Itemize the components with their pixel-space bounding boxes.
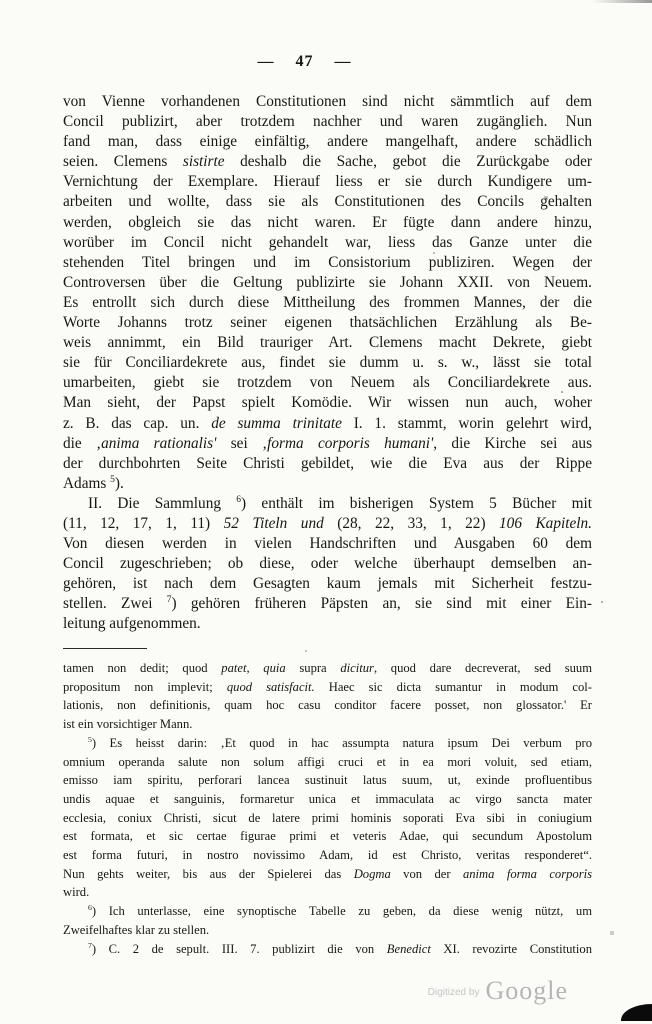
text-segment: gehören, ist nach dem Gesagten kaum jema…	[63, 575, 592, 592]
text-segment: arbeiten und wollte, dass sie als Consti…	[63, 193, 592, 210]
text-segment: ) gehören früheren Päpsten an, sie sind …	[172, 595, 592, 612]
text-line: fand man, dass einige einfältig, andere …	[63, 132, 592, 152]
footnote-paragraph: 5) Es heisst darin: ‚Et quod in hac assu…	[63, 734, 592, 902]
text-line: Concil zugeschrieben; ob diese, oder wel…	[63, 554, 592, 574]
text-segment: ) enthält im bisherigen System 5 Bücher …	[241, 495, 592, 512]
text-line: worüber im Concil nicht gehandelt war, l…	[63, 233, 592, 253]
text-segment: Controversen über die Geltung publizirte…	[63, 274, 592, 291]
text-segment: der durchbohrten Seite Christi gebildet,…	[63, 455, 592, 472]
text-segment: z. B. das cap. un.	[63, 415, 211, 432]
text-segment: est forma futuri, in nostro novissimo Ad…	[63, 848, 592, 862]
text-segment: patet	[221, 661, 246, 675]
text-segment: werden, obgleich sie das nicht waren. Er…	[63, 214, 592, 231]
text-segment: ‚forma corporis humani'	[262, 435, 433, 452]
text-segment: ecclesia, coniux Christi, sicut de later…	[63, 811, 592, 825]
text-segment: ist ein vorsichtiger Mann.	[63, 717, 192, 731]
text-segment: deshalb die Sache, gebot die Zurückgabe …	[225, 153, 592, 170]
text-segment: (11, 12, 17, 1, 11)	[63, 515, 224, 532]
text-line: Worte Johanns trotz seiner eigenen thats…	[63, 313, 592, 333]
text-line: stehenden Titel bringen und im Consistor…	[63, 253, 592, 273]
text-line: umarbeiten, giebt sie trotzdem von Neuem…	[63, 373, 592, 393]
text-line: seien. Clemens sistirte deshalb die Sach…	[63, 152, 592, 172]
text-line: Controversen über die Geltung publizirte…	[63, 273, 592, 293]
text-line: die ‚anima rationalis' sei ‚forma corpor…	[63, 434, 592, 454]
text-line: lationis, non definitionis, quam hoc cas…	[63, 696, 592, 715]
text-segment: sei	[216, 435, 262, 452]
text-segment: die	[63, 435, 96, 452]
text-segment: ‚anima rationalis'	[96, 435, 216, 452]
body-paragraph: II. Die Sammlung 6) enthält im bisherige…	[63, 494, 592, 635]
text-segment: ) Es heisst darin: ‚Et quod in hac assum…	[92, 736, 592, 750]
text-segment: propositum non implevit;	[63, 680, 227, 694]
text-segment: stehenden Titel bringen und im Consistor…	[63, 254, 592, 271]
text-segment: I. 1. stammt, worin gelehrt wird,	[342, 415, 592, 432]
scan-noise-specks	[0, 0, 2, 2]
text-segment: Worte Johanns trotz seiner eigenen thats…	[63, 314, 592, 331]
text-segment: emisso iam spiritu, perforari lancea sus…	[63, 773, 592, 787]
text-segment: supra	[286, 661, 341, 675]
text-segment: Adams	[63, 475, 110, 492]
footnote-separator-rule	[63, 648, 147, 649]
text-segment: von Vienne vorhandenen Constitutionen si…	[63, 93, 592, 110]
text-segment: von der	[391, 867, 463, 881]
text-segment: ).	[115, 475, 124, 492]
text-segment: II. Die Sammlung	[88, 495, 236, 512]
text-line: stellen. Zwei 7) gehören früheren Päpste…	[63, 594, 592, 614]
text-segment: weis annimmt, ein Bild trauriger Art. Cl…	[63, 334, 592, 351]
text-segment: Concil zugeschrieben; ob diese, oder wel…	[63, 555, 592, 572]
footnote-paragraph: 7) C. 2 de sepult. III. 7. publizirt die…	[63, 940, 592, 959]
text-segment: , die Kirche sei aus	[433, 435, 592, 452]
text-line: der durchbohrten Seite Christi gebildet,…	[63, 454, 592, 474]
text-line: est formata, et sic certae figurae primi…	[63, 827, 592, 846]
text-segment: XI. revozirte Constitution	[431, 942, 592, 956]
footnote-paragraph: 6) Ich unterlasse, eine synoptische Tabe…	[63, 902, 592, 939]
text-segment: umarbeiten, giebt sie trotzdem von Neuem…	[63, 374, 592, 391]
main-text-block: von Vienne vorhandenen Constitutionen si…	[63, 92, 592, 635]
text-line: Man sieht, der Papst spielt Komödie. Wir…	[63, 393, 592, 413]
footnote-paragraph: tamen non dedit; quod patet, quia supra …	[63, 659, 592, 734]
text-line: emisso iam spiritu, perforari lancea sus…	[63, 771, 592, 790]
text-line: undis aquae et sanguinis, formaretur uni…	[63, 790, 592, 809]
text-segment: fand man, dass einige einfältig, andere …	[63, 133, 592, 150]
text-segment: ) C. 2 de sepult. III. 7. publizirt die …	[92, 942, 387, 956]
text-line: Nun gehts weiter, bis aus der Spielerei …	[63, 865, 592, 884]
text-segment: Nun gehts weiter, bis aus der Spielerei …	[63, 867, 354, 881]
text-line: ecclesia, coniux Christi, sicut de later…	[63, 809, 592, 828]
scan-corner-artifact	[621, 1004, 652, 1021]
text-segment: omnium operanda salute non solum affigi …	[63, 755, 592, 769]
text-segment: stellen. Zwei	[63, 595, 167, 612]
text-line: propositum non implevit; quod satisfacit…	[63, 678, 592, 697]
text-segment: Benedict	[387, 942, 431, 956]
text-segment: quod satisfacit.	[227, 680, 315, 694]
text-line: 7) C. 2 de sepult. III. 7. publizirt die…	[63, 940, 592, 959]
text-segment: Vernichtung der Exemplare. Hierauf liess…	[63, 173, 592, 190]
text-line: z. B. das cap. un. de summa trinitate I.…	[63, 414, 592, 434]
text-line: est forma futuri, in nostro novissimo Ad…	[63, 846, 592, 865]
text-segment: undis aquae et sanguinis, formaretur uni…	[63, 792, 592, 806]
text-line: weis annimmt, ein Bild trauriger Art. Cl…	[63, 333, 592, 353]
text-segment: sistirte	[183, 153, 225, 170]
text-line: Adams 5).	[63, 474, 592, 494]
scanned-book-page: — 47 — von Vienne vorhandenen Constituti…	[0, 0, 652, 1024]
text-segment: ) Ich unterlasse, eine synoptische Tabel…	[92, 904, 592, 918]
text-segment: est formata, et sic certae figurae primi…	[63, 829, 592, 843]
text-line: tamen non dedit; quod patet, quia supra …	[63, 659, 592, 678]
text-segment: wird.	[63, 885, 89, 899]
page-number: — 47 —	[40, 53, 569, 71]
text-segment: anima forma corporis	[463, 867, 592, 881]
text-segment: ,	[246, 661, 263, 675]
text-segment: Dogma	[354, 867, 391, 881]
text-segment: 52 Titeln und	[224, 515, 324, 532]
watermark-brand-logo: Google	[485, 976, 568, 1005]
text-line: arbeiten und wollte, dass sie als Consti…	[63, 192, 592, 212]
digitization-watermark: Digitized byGoogle	[428, 976, 568, 1006]
text-segment: (28, 22, 33, 1, 22)	[324, 515, 499, 532]
text-segment: Man sieht, der Papst spielt Komödie. Wir…	[63, 394, 592, 411]
footnotes-block: tamen non dedit; quod patet, quia supra …	[63, 659, 592, 958]
text-line: leitung aufgenommen.	[63, 614, 592, 634]
text-line: 6) Ich unterlasse, eine synoptische Tabe…	[63, 902, 592, 921]
scan-edge-smudge	[592, 0, 652, 3]
text-segment: seien. Clemens	[63, 153, 183, 170]
text-segment: quia	[263, 661, 285, 675]
text-segment: leitung aufgenommen.	[63, 615, 201, 632]
text-line: sie für Conciliardekrete aus, findet sie…	[63, 353, 592, 373]
text-line: ist ein vorsichtiger Mann.	[63, 715, 592, 734]
text-segment: worüber im Concil nicht gehandelt war, l…	[63, 234, 592, 251]
watermark-prefix: Digitized by	[428, 987, 480, 998]
text-line: gehören, ist nach dem Gesagten kaum jema…	[63, 574, 592, 594]
text-segment: de summa trinitate	[211, 415, 342, 432]
text-segment: 106 Kapiteln.	[499, 515, 592, 532]
text-line: Es entrollt sich durch diese Mittheilung…	[63, 293, 592, 313]
text-segment: , quod dare decreverat, sed suum	[374, 661, 592, 675]
text-segment: Haec sic dicta sumantur in modum col-	[315, 680, 592, 694]
text-segment: Zweifelhaftes klar zu stellen.	[63, 923, 209, 937]
text-segment: tamen non dedit; quod	[63, 661, 221, 675]
text-segment: sie für Conciliardekrete aus, findet sie…	[63, 354, 592, 371]
text-line: wird.	[63, 883, 592, 902]
text-segment: Concil publizirt, aber trotzdem nachher …	[63, 113, 592, 130]
text-line: II. Die Sammlung 6) enthält im bisherige…	[63, 494, 592, 514]
text-line: Concil publizirt, aber trotzdem nachher …	[63, 112, 592, 132]
text-line: (11, 12, 17, 1, 11) 52 Titeln und (28, 2…	[63, 514, 592, 534]
text-segment: Von diesen werden in vielen Handschrifte…	[63, 535, 592, 552]
text-segment: Es entrollt sich durch diese Mittheilung…	[63, 294, 592, 311]
text-line: omnium operanda salute non solum affigi …	[63, 753, 592, 772]
text-line: Vernichtung der Exemplare. Hierauf liess…	[63, 172, 592, 192]
body-paragraph: von Vienne vorhandenen Constitutionen si…	[63, 92, 592, 494]
text-segment: dicitur	[340, 661, 374, 675]
text-line: von Vienne vorhandenen Constitutionen si…	[63, 92, 592, 112]
text-line: Zweifelhaftes klar zu stellen.	[63, 921, 592, 940]
text-line: 5) Es heisst darin: ‚Et quod in hac assu…	[63, 734, 592, 753]
text-line: werden, obgleich sie das nicht waren. Er…	[63, 213, 592, 233]
text-segment: lationis, non definitionis, quam hoc cas…	[63, 698, 592, 712]
text-line: Von diesen werden in vielen Handschrifte…	[63, 534, 592, 554]
